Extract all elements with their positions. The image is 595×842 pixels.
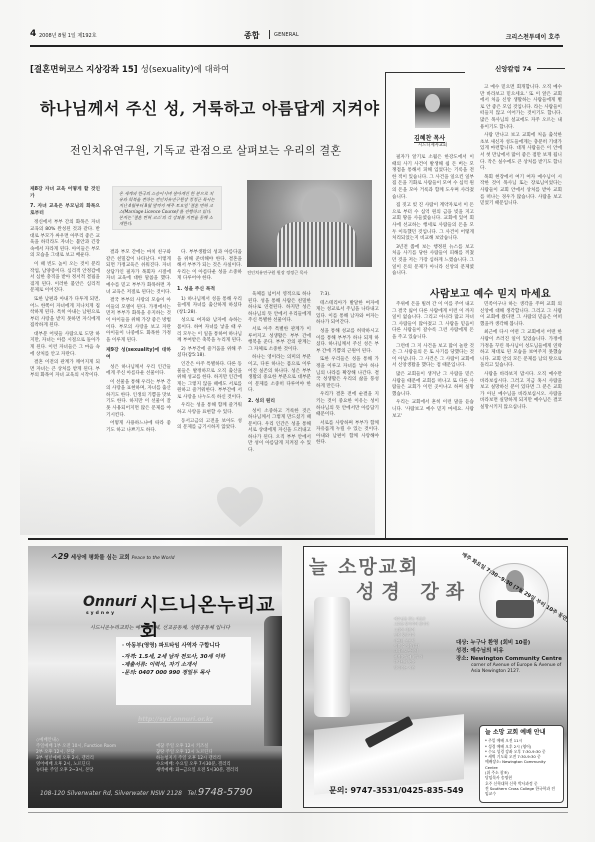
somang-title: 늘 소망교회 bbox=[309, 552, 419, 579]
somang-subtitle: 성경 강좌 bbox=[356, 577, 471, 604]
onnuri-church-ad: ㅅ29 세상에 평화를 심는 교회 Peace to the World Onn… bbox=[28, 546, 282, 808]
ads-divider-rule bbox=[28, 538, 568, 540]
section-title: 종합 bbox=[244, 30, 259, 41]
candle-image bbox=[314, 597, 350, 717]
article-background-shade bbox=[20, 440, 375, 535]
article-headline: 하나님께서 주신 성, 거룩하고 아름답게 지켜야 bbox=[40, 96, 380, 119]
onnuri-website-link[interactable]: http://syd.onnuri.or.kr bbox=[138, 716, 213, 723]
faith-column-label: 신앙칼럼 74 bbox=[495, 64, 531, 73]
somang-course-info: 대상: 누구나 환영 (회비 10불) 성경: 예수님의 비유 장소: Newi… bbox=[456, 639, 566, 674]
article-column-3: 다. 부부생활의 성과 아름다움을 위해 준비해야 한다. 결혼을 해서 부부가… bbox=[177, 250, 242, 434]
article-subhead: 전인치유연구원, 기독교 관점으로 살펴보는 우리의 결혼 bbox=[70, 142, 341, 158]
somang-worship-box: 늘 소망 교회 예배 안내 * 주일 예배 오전 11시 * 성경 예배 오후 … bbox=[479, 725, 564, 803]
page-header: 4 2008년 8월 1일 제192호 종합 GENERAL 크리스천투데이 호… bbox=[30, 27, 560, 43]
onnuri-logo-en: Onnuri bbox=[83, 594, 137, 610]
photo-person-body bbox=[277, 222, 357, 267]
article-column-2: 결과 부모 간에는 마치 친구와 같은 친밀감이 나타난다. 이렇게 되면 가정… bbox=[106, 250, 171, 436]
somang-church-ad: 늘 소망교회 성경 강좌 매주 화요일 7:30~9:30 (7월 29일 부터… bbox=[303, 546, 568, 808]
pastor-photo bbox=[247, 180, 372, 267]
schedule-right: 예꿈 주일 오후 12시 키즈실 꿈땅 주일 오후 12시 노르딘디 하늘청지기… bbox=[156, 738, 281, 774]
faith-column-label-rule bbox=[537, 68, 565, 69]
author-photo bbox=[415, 88, 450, 128]
page-number: 4 bbox=[30, 29, 36, 39]
section-divider bbox=[269, 30, 270, 39]
faith-column-text-2: 고 예수 믿으면 회개합니다. 오직 예수만 바라보고 믿으세요.' 또 이 앞… bbox=[480, 85, 562, 210]
onnuri-tagline: ㅅ29 세상에 평화를 심는 교회 Peace to the World bbox=[50, 551, 174, 562]
somang-poem: 예수님을 믿는 자들은 그분을 닮아가야 합니다 그래야 세상이 변할 것입니다… bbox=[394, 617, 442, 671]
kicker-topic: 성(sexuality)에 대하여 bbox=[141, 65, 230, 75]
schedule-left: ◇예배안내◇ 주일예배 1부 오전 10시, Function Room 2부 … bbox=[36, 738, 154, 774]
faith-column-text-3: 주위에 돈을 빌려 간 이 이를 주어 내고 그 결국 잃어 다른 사람에게 이… bbox=[392, 302, 474, 422]
faith-column-text-1: 필자가 알기로 소월은 한강도에서 이 때의 사기 사건이 발생해 쉽 돈 버는… bbox=[392, 155, 474, 280]
onnuri-logo-city: sydney bbox=[86, 611, 116, 616]
onnuri-address: 108-120 Silverwater Rd, Silverwater NSW … bbox=[40, 787, 252, 798]
kicker-series: [결혼면허코스 지상강좌 15] bbox=[30, 65, 138, 75]
faith-column-text-4: 민족이구나 하는 생각을 주며 교회 의 신앙에 대해 생각합니다. 그리고 그… bbox=[480, 302, 562, 414]
article-column-4: 육체를 넘어서 영적으로 하나 된다. 성을 통해 사람은 친밀한 하나로 연결… bbox=[248, 292, 311, 457]
onnuri-job-notice: · 아동부(영영) 파트타임 사역자 구합니다 -자격: 1.5세, 2세 남자… bbox=[116, 637, 251, 705]
tree-silhouette bbox=[264, 616, 282, 746]
faith-column-top-rule bbox=[385, 72, 465, 73]
onnuri-slogan: 시드니온누리교회는 예배공동체, 선교공동체, 성령공동체 입니다 bbox=[90, 624, 230, 631]
faith-column-title: 사람보고 예수 믿지 마세요 bbox=[430, 285, 551, 300]
publication-name: 크리스천투데이 호주 bbox=[506, 32, 560, 41]
intro-box: 온 세계와 한국의 스승이시며 살아계신 한 분으로 치유와 회복을 전하는 전… bbox=[112, 186, 222, 230]
page-bottom-rule bbox=[28, 812, 568, 813]
photo-caption: 전인치유연구원 원장 정정근 목사 bbox=[247, 270, 308, 276]
author-church: 시드니제자교회 bbox=[418, 142, 447, 148]
somang-phone: 문의: 9747-3531/0425-835-549 bbox=[329, 785, 464, 796]
bible-icon bbox=[496, 600, 534, 618]
onnuri-logo-ko: 시드니온누리교회 bbox=[140, 590, 282, 644]
article-kicker: [결혼면허코스 지상강좌 15] 성(sexuality)에 대하여 bbox=[30, 63, 229, 75]
heart-icon bbox=[215, 485, 265, 530]
onnuri-phone: 9748-5790 bbox=[198, 787, 253, 798]
article-column-5: 7:3). 테스테리아가 발달한 여자에게는 성교로서 주님을 나타내고 있다.… bbox=[316, 292, 379, 449]
section-title-en: GENERAL bbox=[274, 32, 299, 38]
author-face bbox=[425, 94, 440, 112]
issue-date: 2008년 8월 1일 제192호 bbox=[39, 32, 97, 39]
article-column-1: 제8강 자녀 교육 어떻게 할 것인가 7. 자녀 교육은 부모님의 화목으로부… bbox=[30, 183, 100, 382]
newspaper-page: 4 2008년 8월 1일 제192호 종합 GENERAL 크리스천투데이 호… bbox=[0, 0, 595, 842]
header-rule bbox=[30, 45, 563, 47]
